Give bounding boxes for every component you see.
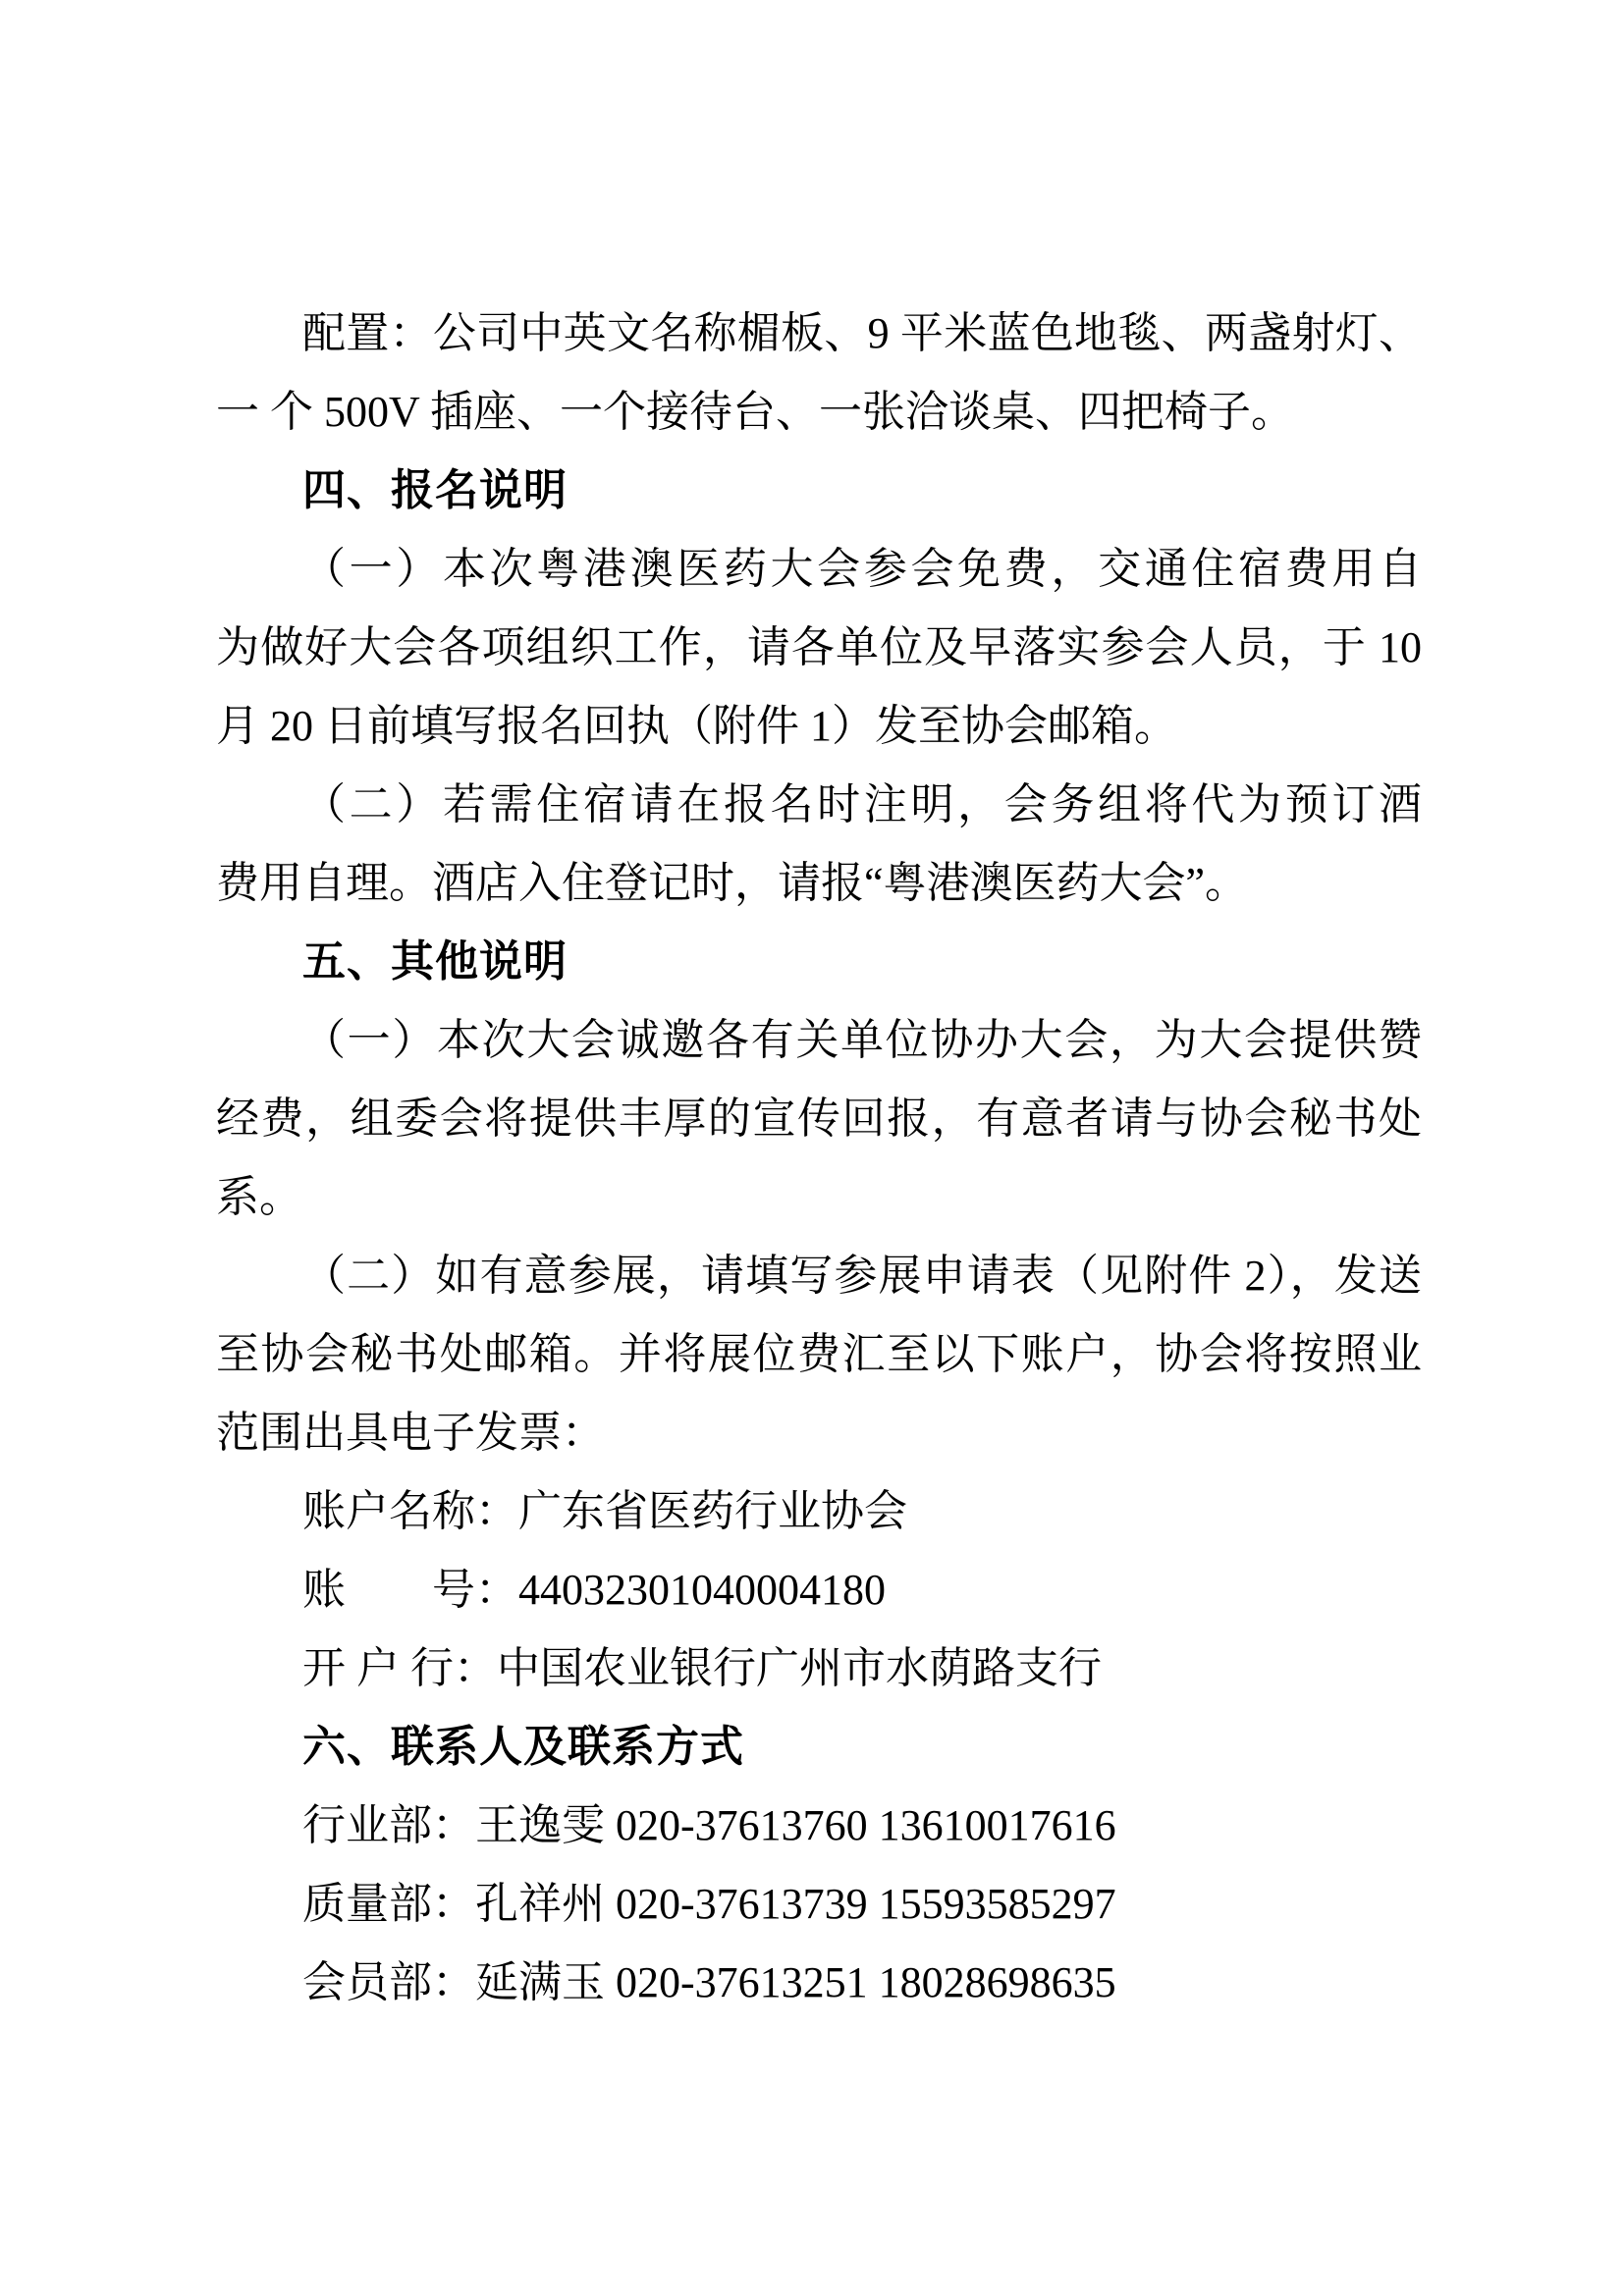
section-4-heading: 四、报名说明 [216,452,1422,530]
account-name-line: 账户名称：广东省医药行业协会 [216,1472,1422,1551]
contact-member-dept-line: 会员部：延满玉 020-37613251 18028698635 [216,1944,1422,2022]
booth-config-line-1: 配置：公司中英文名称楣板、9 平米蓝色地毯、两盏射灯、 [216,294,1422,373]
section-5-para-2-line-3: 范围出具电子发票： [216,1394,1422,1472]
section-5-para-1-line-3: 系。 [216,1158,1422,1237]
booth-config-line-2: 一 个 500V 插座、一个接待台、一张洽谈桌、四把椅子。 [216,373,1422,452]
document-page: 配置：公司中英文名称楣板、9 平米蓝色地毯、两盏射灯、 一 个 500V 插座、… [0,0,1624,2296]
contact-industry-dept-line: 行业部：王逸雯 020-37613760 13610017616 [216,1787,1422,1865]
section-4-para-2-line-1: （二）若需住宿请在报名时注明，会务组将代为预订酒店， [216,766,1422,844]
section-4-para-2-line-2: 费用自理。酒店入住登记时，请报“粤港澳医药大会”。 [216,844,1422,923]
section-4-para-1-line-1: （一）本次粤港澳医药大会参会免费，交通住宿费用自理。 [216,530,1422,609]
document-content: 配置：公司中英文名称楣板、9 平米蓝色地毯、两盏射灯、 一 个 500V 插座、… [216,294,1422,2022]
section-5-para-2-line-2: 至协会秘书处邮箱。并将展位费汇至以下账户，协会将按照业务 [216,1315,1422,1394]
section-5-para-1-line-2: 经费，组委会将提供丰厚的宣传回报，有意者请与协会秘书处联 [216,1080,1422,1158]
account-number-line: 账 号：44032301040004180 [216,1551,1422,1629]
section-5-para-2-line-1: （二）如有意参展，请填写参展申请表（见附件 2），发送 [216,1237,1422,1315]
section-5-heading: 五、其他说明 [216,923,1422,1001]
section-5-para-1-line-1: （一）本次大会诚邀各有关单位协办大会，为大会提供赞助 [216,1001,1422,1080]
section-4-para-1-line-2: 为做好大会各项组织工作，请各单位及早落实参会人员，于 10 [216,609,1422,687]
contact-quality-dept-line: 质量部：孔祥州 020-37613739 15593585297 [216,1865,1422,1944]
section-4-para-1-line-3: 月 20 日前填写报名回执（附件 1）发至协会邮箱。 [216,687,1422,766]
bank-branch-line: 开 户 行：中国农业银行广州市水荫路支行 [216,1629,1422,1708]
section-6-heading: 六、联系人及联系方式 [216,1708,1422,1787]
